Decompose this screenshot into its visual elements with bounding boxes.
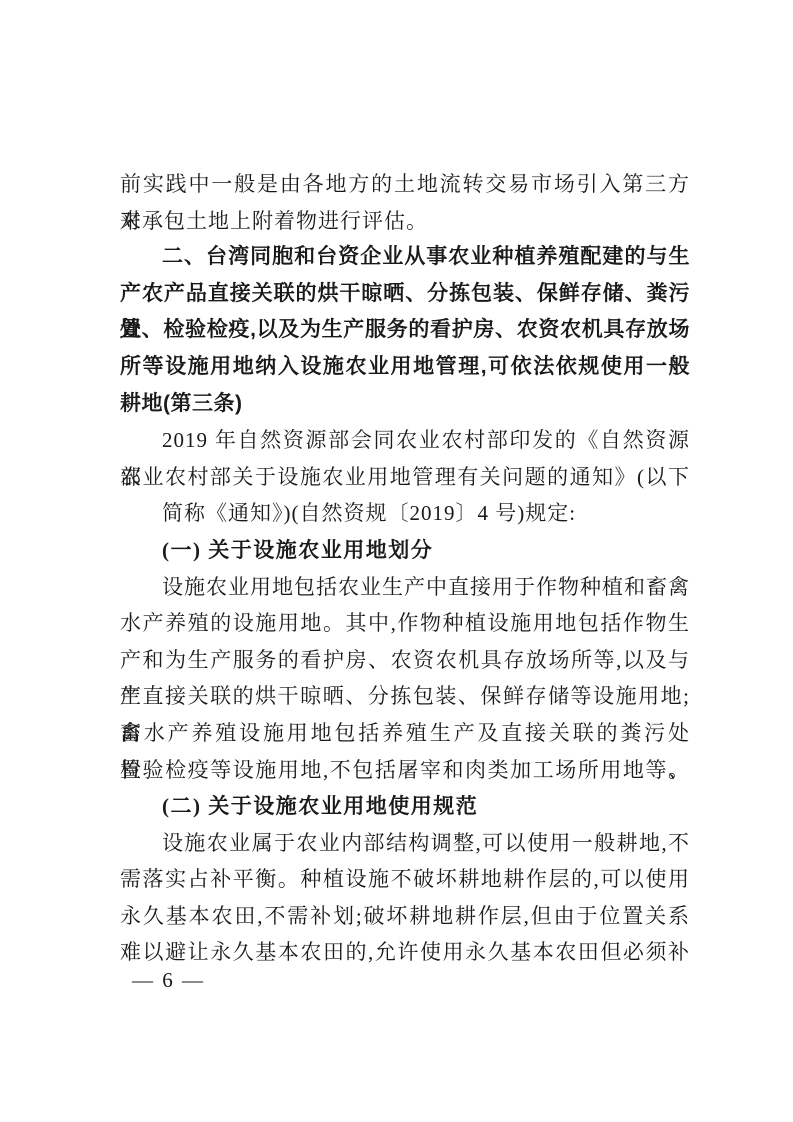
page-number: — 6 — xyxy=(132,968,205,992)
document-line: 禽水产养殖设施用地包括养殖生产及直接关联的粪污处置、 xyxy=(120,715,690,752)
document-line: 简称《通知》)(自然资规〔2019〕4 号)规定: xyxy=(120,495,690,532)
document-line: 对承包土地上附着物进行评估。 xyxy=(120,203,690,240)
document-line-bold: 二、台湾同胞和台资企业从事农业种植养殖配建的与生 xyxy=(120,239,690,276)
page-footer: — 6 — xyxy=(132,968,205,993)
document-line-bold: 置、检验检疫,以及为生产服务的看护房、农资农机具存放场 xyxy=(120,312,690,349)
document-line: 前实践中一般是由各地方的土地流转交易市场引入第三方来 xyxy=(120,166,690,203)
document-line: 难以避让永久基本农田的,允许使用永久基本农田但必须补 xyxy=(120,934,690,971)
document-line: 产和为生产服务的看护房、农资农机具存放场所等,以及与生 xyxy=(120,642,690,679)
document-line: 需落实占补平衡。种植设施不破坏耕地耕作层的,可以使用 xyxy=(120,861,690,898)
document-line: 永久基本农田,不需补划;破坏耕地耕作层,但由于位置关系 xyxy=(120,898,690,935)
section-heading-1: (一) 关于设施农业用地划分 xyxy=(120,532,690,569)
document-line-bold: 产农产品直接关联的烘干晾晒、分拣包装、保鲜存储、粪污处 xyxy=(120,276,690,313)
document-line: 产直接关联的烘干晾晒、分拣包装、保鲜存储等设施用地;畜 xyxy=(120,678,690,715)
document-body: 前实践中一般是由各地方的土地流转交易市场引入第三方来 对承包土地上附着物进行评估… xyxy=(120,166,690,971)
document-line: 农业农村部关于设施农业用地管理有关问题的通知》(以下 xyxy=(120,459,690,496)
document-line: 设施农业属于农业内部结构调整,可以使用一般耕地,不 xyxy=(120,825,690,862)
document-line-bold: 耕地(第三条) xyxy=(120,386,690,423)
document-line: 设施农业用地包括农业生产中直接用于作物种植和畜禽 xyxy=(120,569,690,606)
document-line-bold: 所等设施用地纳入设施农业用地管理,可依法依规使用一般 xyxy=(120,349,690,386)
document-line: 检验检疫等设施用地,不包括屠宰和肉类加工场所用地等。 xyxy=(120,752,690,789)
document-line: 水产养殖的设施用地。其中,作物种植设施用地包括作物生 xyxy=(120,605,690,642)
document-line: 2019 年自然资源部会同农业农村部印发的《自然资源部 xyxy=(120,422,690,459)
section-heading-2: (二) 关于设施农业用地使用规范 xyxy=(120,788,690,825)
document-page: 前实践中一般是由各地方的土地流转交易市场引入第三方来 对承包土地上附着物进行评估… xyxy=(0,0,793,1122)
